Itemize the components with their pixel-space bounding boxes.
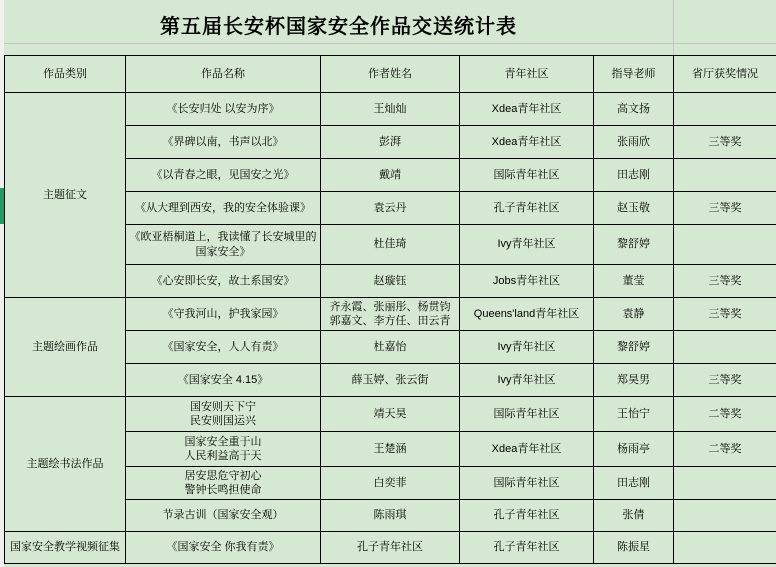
cell-teacher[interactable]: 赵玉敬	[594, 192, 674, 225]
cell-award[interactable]: 三等奖	[674, 192, 776, 225]
header-teacher[interactable]: 指导老师	[594, 56, 674, 93]
cell-community[interactable]: Jobs青年社区	[460, 265, 594, 298]
cell-author[interactable]: 赵璇钰	[321, 265, 460, 298]
cell-teacher[interactable]: 袁静	[594, 298, 674, 331]
cell-community[interactable]: 国际青年社区	[460, 159, 594, 192]
header-community[interactable]: 青年社区	[460, 56, 594, 93]
cell-category-painting[interactable]: 主题绘画作品	[5, 298, 126, 397]
cell-community[interactable]: 国际青年社区	[460, 397, 594, 432]
cell-work[interactable]: 《界碑以南，书声以北》	[126, 126, 321, 159]
table-row: 主题征文 《长安归处 以安为序》 王灿灿 Xdea青年社区 高文扬	[5, 93, 776, 126]
cell-author[interactable]: 彭湃	[321, 126, 460, 159]
table-row: 国家安全教学视频征集 《国家安全 你我有责》 孔子青年社区 孔子青年社区 陈振星	[5, 532, 776, 564]
cell-award[interactable]: 三等奖	[674, 298, 776, 331]
cell-author[interactable]: 戴靖	[321, 159, 460, 192]
cell-teacher[interactable]: 王怡宁	[594, 397, 674, 432]
cell-award[interactable]	[674, 467, 776, 500]
header-award[interactable]: 省厅获奖情况	[674, 56, 776, 93]
cell-award[interactable]: 三等奖	[674, 265, 776, 298]
cell-author[interactable]: 袁云丹	[321, 192, 460, 225]
cell-community[interactable]: 孔子青年社区	[460, 192, 594, 225]
cell-teacher[interactable]: 杨雨亭	[594, 432, 674, 467]
cell-work[interactable]: 《国家安全，人人有责》	[126, 331, 321, 364]
cell-work[interactable]: 《国家安全 你我有责》	[126, 532, 321, 564]
cell-award[interactable]: 三等奖	[674, 364, 776, 397]
cell-community[interactable]: Xdea青年社区	[460, 432, 594, 467]
cell-work[interactable]: 居安思危守初心 警钟长鸣担使命	[126, 467, 321, 500]
cell-community[interactable]: Queens'land青年社区	[460, 298, 594, 331]
cell-award[interactable]	[674, 225, 776, 265]
cell-award[interactable]	[674, 159, 776, 192]
cell-award[interactable]: 二等奖	[674, 397, 776, 432]
header-author[interactable]: 作者姓名	[321, 56, 460, 93]
cell-teacher[interactable]: 高文扬	[594, 93, 674, 126]
statistics-table: 作品类别 作品名称 作者姓名 青年社区 指导老师 省厅获奖情况 主题征文 《长安…	[4, 55, 776, 564]
table-row: 主题绘画作品 《守我河山，护我家园》 齐永霞、张丽彤、杨贯钧 郭嘉文、李方任、田…	[5, 298, 776, 331]
cell-community[interactable]: 孔子青年社区	[460, 500, 594, 532]
cell-category-calligraphy[interactable]: 主题绘书法作品	[5, 397, 126, 532]
cell-award[interactable]: 三等奖	[674, 126, 776, 159]
cell-author[interactable]: 王灿灿	[321, 93, 460, 126]
cell-author[interactable]: 杜佳琦	[321, 225, 460, 265]
cell-award[interactable]	[674, 93, 776, 126]
header-work[interactable]: 作品名称	[126, 56, 321, 93]
cell-award[interactable]	[674, 500, 776, 532]
cell-teacher[interactable]: 郑昊男	[594, 364, 674, 397]
cell-community[interactable]: 孔子青年社区	[460, 532, 594, 564]
cell-work[interactable]: 《以青春之眼，见国安之光》	[126, 159, 321, 192]
cell-work[interactable]: 节录古训（国家安全观）	[126, 500, 321, 532]
cell-category-essay[interactable]: 主题征文	[5, 93, 126, 298]
cell-teacher[interactable]: 董莹	[594, 265, 674, 298]
cell-author[interactable]: 白奕菲	[321, 467, 460, 500]
cell-work[interactable]: 《心安即长安，故土系国安》	[126, 265, 321, 298]
cell-teacher[interactable]: 田志刚	[594, 159, 674, 192]
cell-category-video[interactable]: 国家安全教学视频征集	[5, 532, 126, 564]
cell-teacher[interactable]: 田志刚	[594, 467, 674, 500]
cell-author[interactable]: 靖天昊	[321, 397, 460, 432]
cell-work[interactable]: 《长安归处 以安为序》	[126, 93, 321, 126]
cell-community[interactable]: 国际青年社区	[460, 467, 594, 500]
cell-award[interactable]	[674, 331, 776, 364]
cell-work[interactable]: 《守我河山，护我家园》	[126, 298, 321, 331]
gridline-vertical	[673, 0, 674, 55]
header-category[interactable]: 作品类别	[5, 56, 126, 93]
cell-author[interactable]: 齐永霞、张丽彤、杨贯钧 郭嘉文、李方任、田云青	[321, 298, 460, 331]
cell-teacher[interactable]: 黎舒婷	[594, 331, 674, 364]
cell-author[interactable]: 杜嘉怡	[321, 331, 460, 364]
cell-author[interactable]: 王楚涵	[321, 432, 460, 467]
cell-author[interactable]: 薛玉婷、张云街	[321, 364, 460, 397]
cell-award[interactable]	[674, 532, 776, 564]
spreadsheet: 第五届长安杯国家安全作品交送统计表 作品类别 作品名称 作者姓名 青年社区 指导…	[4, 0, 776, 567]
cell-community[interactable]: Xdea青年社区	[460, 93, 594, 126]
cell-author[interactable]: 陈雨琪	[321, 500, 460, 532]
cell-teacher[interactable]: 陈振星	[594, 532, 674, 564]
cell-author[interactable]: 孔子青年社区	[321, 532, 460, 564]
cell-work[interactable]: 《欧亚梧桐道上，我读懂了长安城里的国家安全》	[126, 225, 321, 265]
cell-work[interactable]: 《国家安全 4.15》	[126, 364, 321, 397]
table-row: 主题绘书法作品 国安则天下宁 民安则国运兴 靖天昊 国际青年社区 王怡宁 二等奖	[5, 397, 776, 432]
cell-community[interactable]: Xdea青年社区	[460, 126, 594, 159]
sheet-title[interactable]: 第五届长安杯国家安全作品交送统计表	[4, 0, 673, 48]
cell-work[interactable]: 《从大理到西安，我的安全体验课》	[126, 192, 321, 225]
header-row: 作品类别 作品名称 作者姓名 青年社区 指导老师 省厅获奖情况	[5, 56, 776, 93]
cell-community[interactable]: Ivy青年社区	[460, 225, 594, 265]
cell-work[interactable]: 国安则天下宁 民安则国运兴	[126, 397, 321, 432]
cell-community[interactable]: Ivy青年社区	[460, 364, 594, 397]
title-area: 第五届长安杯国家安全作品交送统计表	[4, 0, 776, 55]
cell-teacher[interactable]: 张雨欣	[594, 126, 674, 159]
cell-award[interactable]: 二等奖	[674, 432, 776, 467]
cell-work[interactable]: 国家安全重于山 人民利益高于天	[126, 432, 321, 467]
cell-teacher[interactable]: 张倩	[594, 500, 674, 532]
cell-community[interactable]: Ivy青年社区	[460, 331, 594, 364]
cell-teacher[interactable]: 黎舒婷	[594, 225, 674, 265]
